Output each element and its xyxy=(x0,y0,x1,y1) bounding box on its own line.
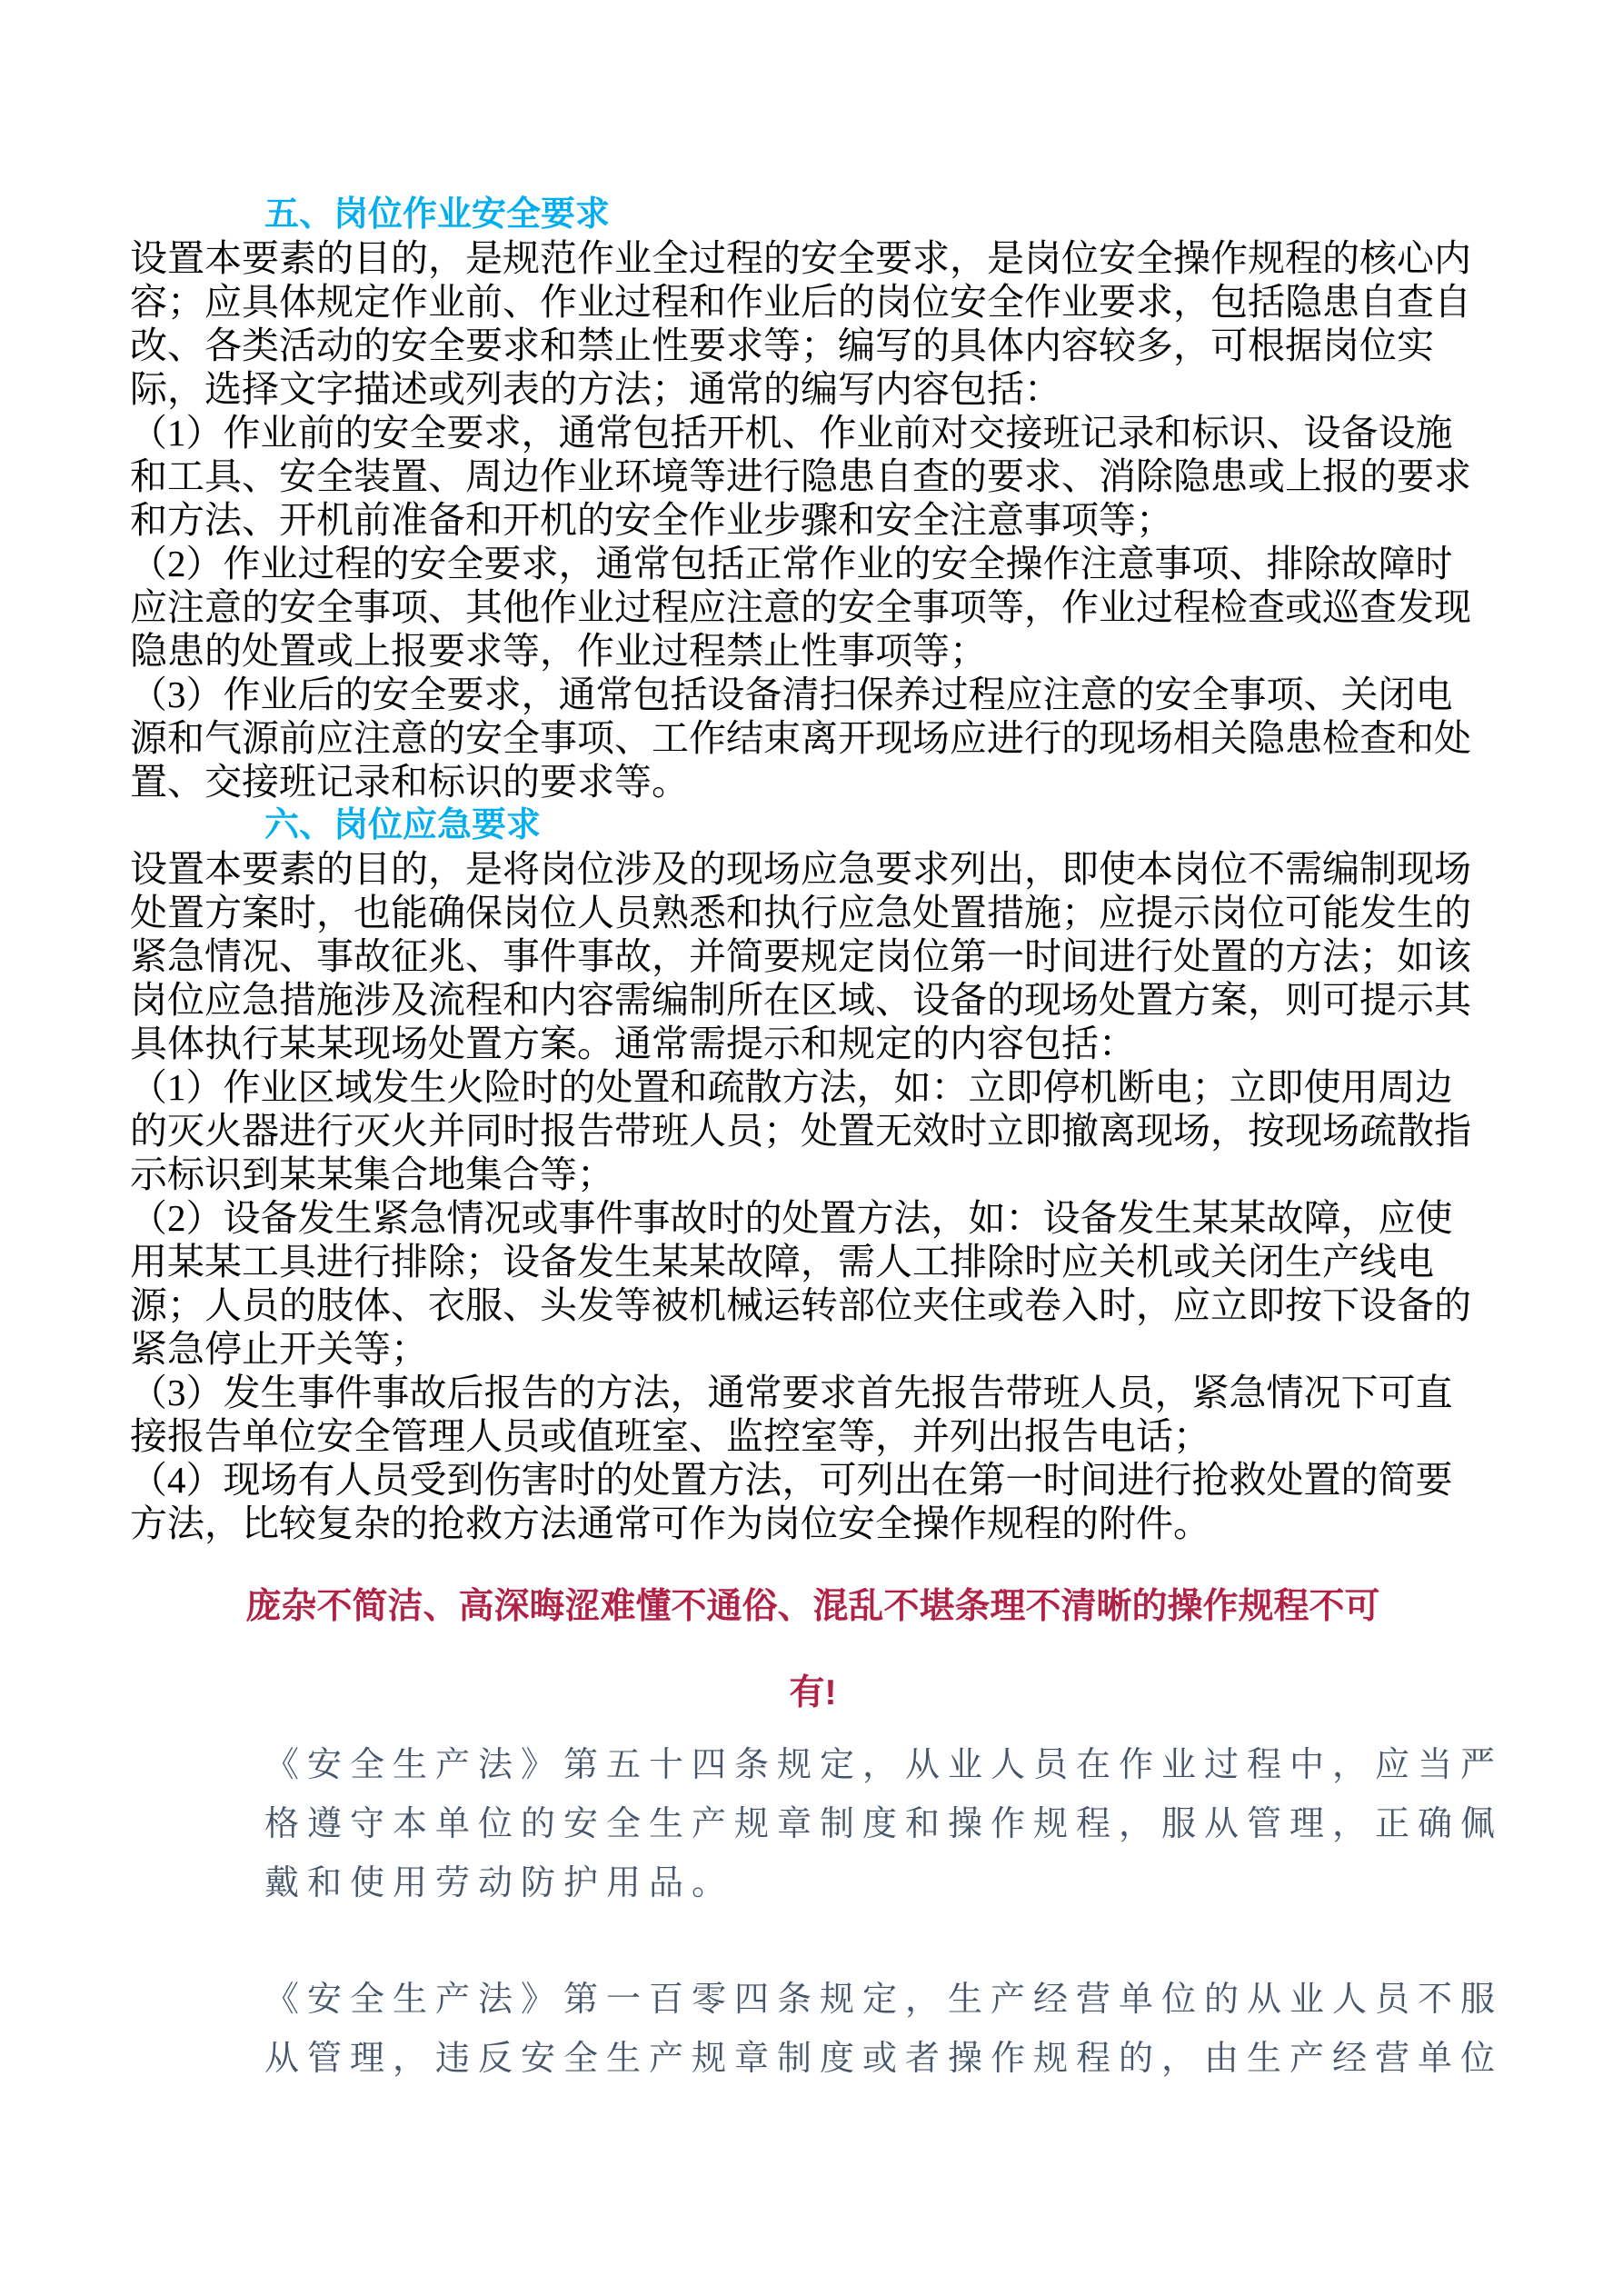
section-job-safety-requirements: 五、岗位作业安全要求 设置本要素的目的，是规范作业全过程的安全要求，是岗位安全操… xyxy=(130,193,1496,804)
section-job-emergency-requirements: 六、岗位应急要求 设置本要素的目的，是将岗位涉及的现场应急要求列出，即使本岗位不… xyxy=(130,804,1496,1545)
text-line: （1）作业区域发生火险时的处置和疏散方法，如：立即停机断电；立即使用周边 xyxy=(130,1065,1496,1109)
document-page: 五、岗位作业安全要求 设置本要素的目的，是规范作业全过程的安全要求，是岗位安全操… xyxy=(0,0,1623,2296)
text-line: 的灭火器进行灭火并同时报告带班人员；处置无效时立即撤离现场，按现场疏散指 xyxy=(130,1109,1496,1153)
text-line: （3）作业后的安全要求，通常包括设备清扫保养过程应注意的安全事项、关闭电 xyxy=(130,673,1496,716)
text-line: 庞杂不简洁、高深晦涩难懂不通俗、混乱不堪条理不清晰的操作规程不可 xyxy=(130,1563,1496,1650)
text-line: 处置方案时，也能确保岗位人员熟悉和执行应急处置措施；应提示岗位可能发生的 xyxy=(130,891,1496,934)
text-line: 方法，比较复杂的抢救方法通常可作为岗位安全操作规程的附件。 xyxy=(130,1502,1496,1545)
text-line: 《安全生产法》第一百零四条规定，生产经营单位的从业人员不服 xyxy=(264,1971,1496,2030)
text-line: 容；应具体规定作业前、作业过程和作业后的岗位安全作业要求，包括隐患自查自 xyxy=(130,280,1496,324)
text-line: 紧急情况、事故征兆、事件事故，并简要规定岗位第一时间进行处置的方法；如该 xyxy=(130,934,1496,978)
text-line: 改、各类活动的安全要求和禁止性要求等；编写的具体内容较多，可根据岗位实 xyxy=(130,324,1496,367)
text-line: 际，选择文字描述或列表的方法；通常的编写内容包括： xyxy=(130,367,1496,411)
text-line: 应注意的安全事项、其他作业过程应注意的安全事项等，作业过程检查或巡查发现 xyxy=(130,585,1496,629)
text-line: （2）作业过程的安全要求，通常包括正常作业的安全操作注意事项、排除故障时 xyxy=(130,542,1496,585)
law-quote-article-104: 《安全生产法》第一百零四条规定，生产经营单位的从业人员不服从管理，违反安全生产规… xyxy=(130,1971,1496,2089)
section-6-heading: 六、岗位应急要求 xyxy=(130,804,1496,847)
law-quote-article-54: 《安全生产法》第五十四条规定，从业人员在作业过程中，应当严格遵守本单位的安全生产… xyxy=(130,1736,1496,1913)
text-line: （1）作业前的安全要求，通常包括开机、作业前对交接班记录和标识、设备设施 xyxy=(130,411,1496,454)
text-line: 源和气源前应注意的安全事项、工作结束离开现场应进行的现场相关隐患检查和处 xyxy=(130,716,1496,760)
text-line: 岗位应急措施涉及流程和内容需编制所在区域、设备的现场处置方案，则可提示其 xyxy=(130,978,1496,1022)
text-line: 从管理，违反安全生产规章制度或者操作规程的，由生产经营单位 xyxy=(264,2030,1496,2089)
text-line: 格遵守本单位的安全生产规章制度和操作规程，服从管理，正确佩 xyxy=(264,1795,1496,1854)
text-line: 用某某工具进行排除；设备发生某某故障，需人工排除时应关机或关闭生产线电 xyxy=(130,1240,1496,1283)
document-content: 五、岗位作业安全要求 设置本要素的目的，是规范作业全过程的安全要求，是岗位安全操… xyxy=(0,0,1623,2089)
section-5-heading: 五、岗位作业安全要求 xyxy=(130,193,1496,236)
text-line: 示标识到某某集合地集合等； xyxy=(130,1153,1496,1196)
text-line: 和方法、开机前准备和开机的安全作业步骤和安全注意事项等； xyxy=(130,498,1496,542)
section-5-body: 设置本要素的目的，是规范作业全过程的安全要求，是岗位安全操作规程的核心内容；应具… xyxy=(130,236,1496,804)
text-line: 紧急停止开关等； xyxy=(130,1327,1496,1371)
text-line: 设置本要素的目的，是将岗位涉及的现场应急要求列出，即使本岗位不需编制现场 xyxy=(130,847,1496,891)
text-line: 设置本要素的目的，是规范作业全过程的安全要求，是岗位安全操作规程的核心内 xyxy=(130,236,1496,280)
text-line: 戴和使用劳动防护用品。 xyxy=(264,1854,1496,1913)
text-line: 置、交接班记录和标识的要求等。 xyxy=(130,760,1496,804)
warning-statement: 庞杂不简洁、高深晦涩难懂不通俗、混乱不堪条理不清晰的操作规程不可有! xyxy=(130,1563,1496,1736)
section-6-body: 设置本要素的目的，是将岗位涉及的现场应急要求列出，即使本岗位不需编制现场处置方案… xyxy=(130,847,1496,1545)
text-line: （2）设备发生紧急情况或事件事故时的处置方法，如：设备发生某某故障，应使 xyxy=(130,1196,1496,1240)
text-line: （4）现场有人员受到伤害时的处置方法，可列出在第一时间进行抢救处置的简要 xyxy=(130,1458,1496,1502)
text-line: 具体执行某某现场处置方案。通常需提示和规定的内容包括： xyxy=(130,1022,1496,1065)
text-line: 和工具、安全装置、周边作业环境等进行隐患自查的要求、消除隐患或上报的要求 xyxy=(130,454,1496,498)
text-line: 源；人员的肢体、衣服、头发等被机械运转部位夹住或卷入时，应立即按下设备的 xyxy=(130,1283,1496,1327)
text-line: 隐患的处置或上报要求等，作业过程禁止性事项等； xyxy=(130,629,1496,673)
text-line: 《安全生产法》第五十四条规定，从业人员在作业过程中，应当严 xyxy=(264,1736,1496,1795)
text-line: 有! xyxy=(130,1650,1496,1736)
text-line: （3）发生事件事故后报告的方法，通常要求首先报告带班人员，紧急情况下可直 xyxy=(130,1371,1496,1414)
text-line: 接报告单位安全管理人员或值班室、监控室等，并列出报告电话； xyxy=(130,1414,1496,1458)
